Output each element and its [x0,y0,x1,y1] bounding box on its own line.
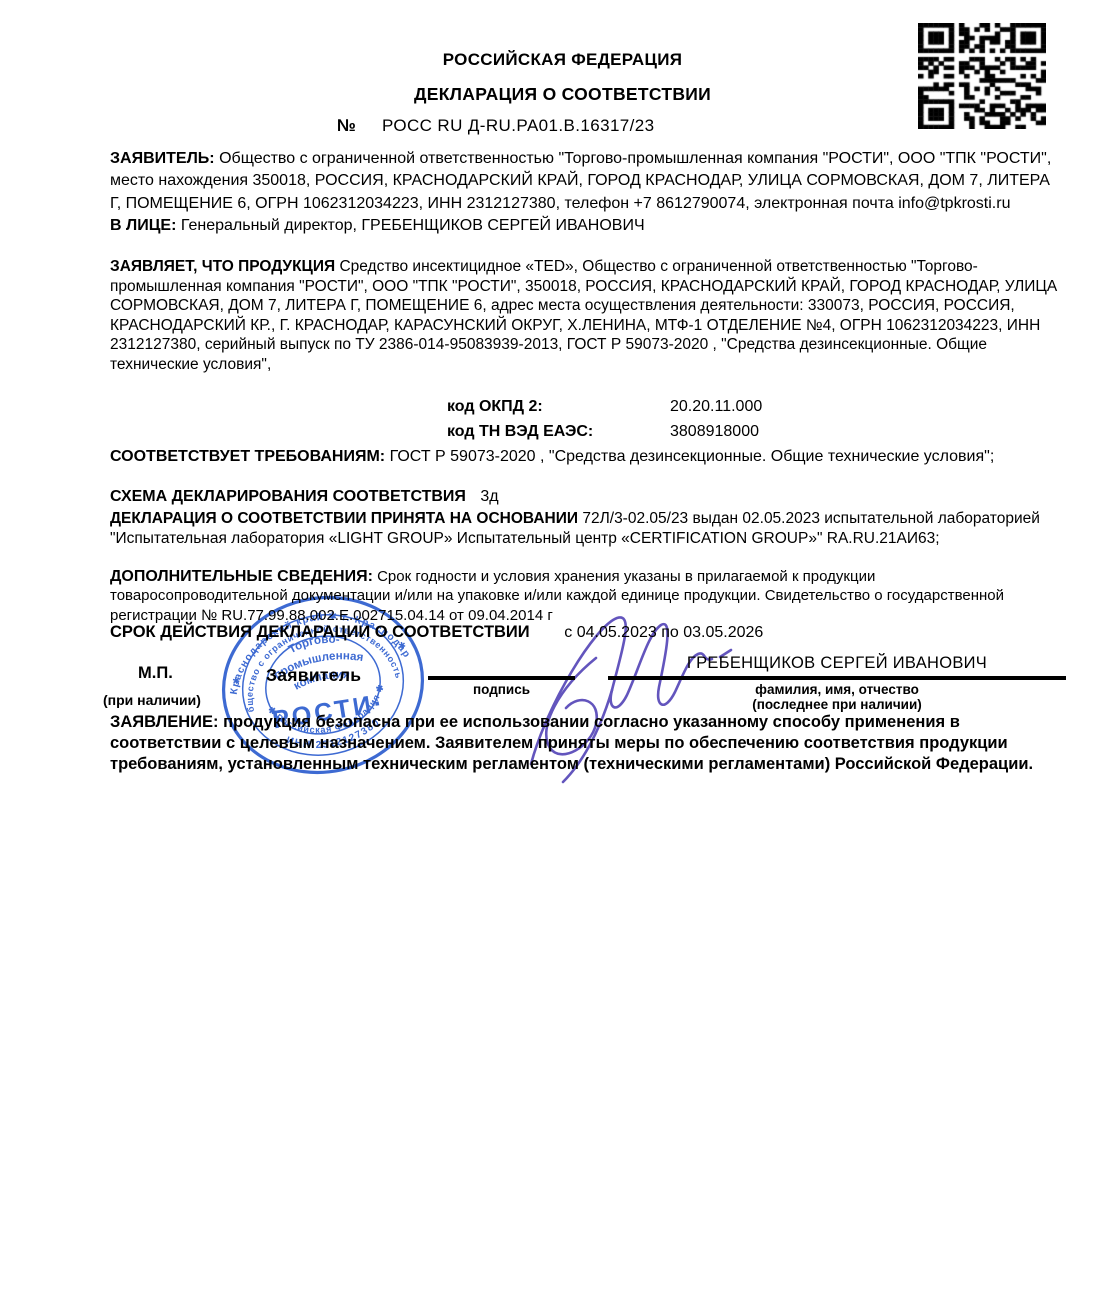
product-text: Средство инсектицидное «TED», Общество с… [110,258,1057,373]
applicant-sign-label: Заявитель [266,665,361,686]
stamp-place-label: М.П. [138,664,173,683]
product-section: ЗАЯВЛЯЕТ, ЧТО ПРОДУКЦИЯ Средство инсекти… [110,257,1058,375]
scheme-value: 3д [480,488,498,505]
basis-label: ДЕКЛАРАЦИЯ О СООТВЕТСТВИИ ПРИНЯТА НА ОСН… [110,510,578,527]
declaration-number-row: №РОСС RU Д-RU.РА01.В.16317/23 [337,116,655,136]
number-sign: № [337,116,356,135]
stamp-place-note: (при наличии) [103,692,201,708]
statement-label: ЗАЯВЛЕНИЕ: [110,713,218,731]
stamp-star-right: ✱ [397,640,407,651]
in-face-label: В ЛИЦЕ: [110,217,176,234]
compliance-section: СООТВЕТСТВУЕТ ТРЕБОВАНИЯМ: ГОСТ Р 59073-… [110,446,1052,467]
document-title: ДЕКЛАРАЦИЯ О СООТВЕТСТВИИ [110,84,1015,105]
tnved-label: код ТН ВЭД ЕАЭС: [447,423,593,441]
applicant-text: Общество с ограниченной ответственностью… [110,150,1051,212]
applicant-section: ЗАЯВИТЕЛЬ: Общество с ограниченной ответ… [110,148,1052,237]
tnved-value: 3808918000 [670,423,759,441]
basis-section: ДЕКЛАРАЦИЯ О СООТВЕТСТВИИ ПРИНЯТА НА ОСН… [110,509,1062,549]
signature-caption: подпись [428,682,575,697]
okpd-label: код ОКПД 2: [447,398,543,416]
declaration-document: РОССИЙСКАЯ ФЕДЕРАЦИЯ ДЕКЛАРАЦИЯ О СООТВЕ… [0,0,1108,1310]
scheme-section: СХЕМА ДЕКЛАРИРОВАНИЯ СООТВЕТСТВИЯ 3д [110,488,499,506]
declaration-number: РОСС RU Д-RU.РА01.В.16317/23 [382,116,655,135]
compliance-text: ГОСТ Р 59073-2020 , "Средства дезинсекци… [390,448,995,465]
in-face-text: Генеральный директор, ГРЕБЕНЩИКОВ СЕРГЕЙ… [181,217,645,234]
qr-code [918,23,1046,129]
statement-text: продукция безопасна при ее использовании… [110,713,1033,773]
scheme-label: СХЕМА ДЕКЛАРИРОВАНИЯ СООТВЕТСТВИЯ [110,488,466,505]
country-title: РОССИЙСКАЯ ФЕДЕРАЦИЯ [110,50,1015,70]
product-label: ЗАЯВЛЯЕТ, ЧТО ПРОДУКЦИЯ [110,258,335,275]
compliance-label: СООТВЕТСТВУЕТ ТРЕБОВАНИЯМ: [110,448,385,465]
applicant-label: ЗАЯВИТЕЛЬ: [110,150,215,167]
statement-section: ЗАЯВЛЕНИЕ: продукция безопасна при ее ис… [110,712,1058,774]
additional-info-label: ДОПОЛНИТЕЛЬНЫЕ СВЕДЕНИЯ: [110,568,373,585]
okpd-value: 20.20.11.000 [670,398,762,416]
